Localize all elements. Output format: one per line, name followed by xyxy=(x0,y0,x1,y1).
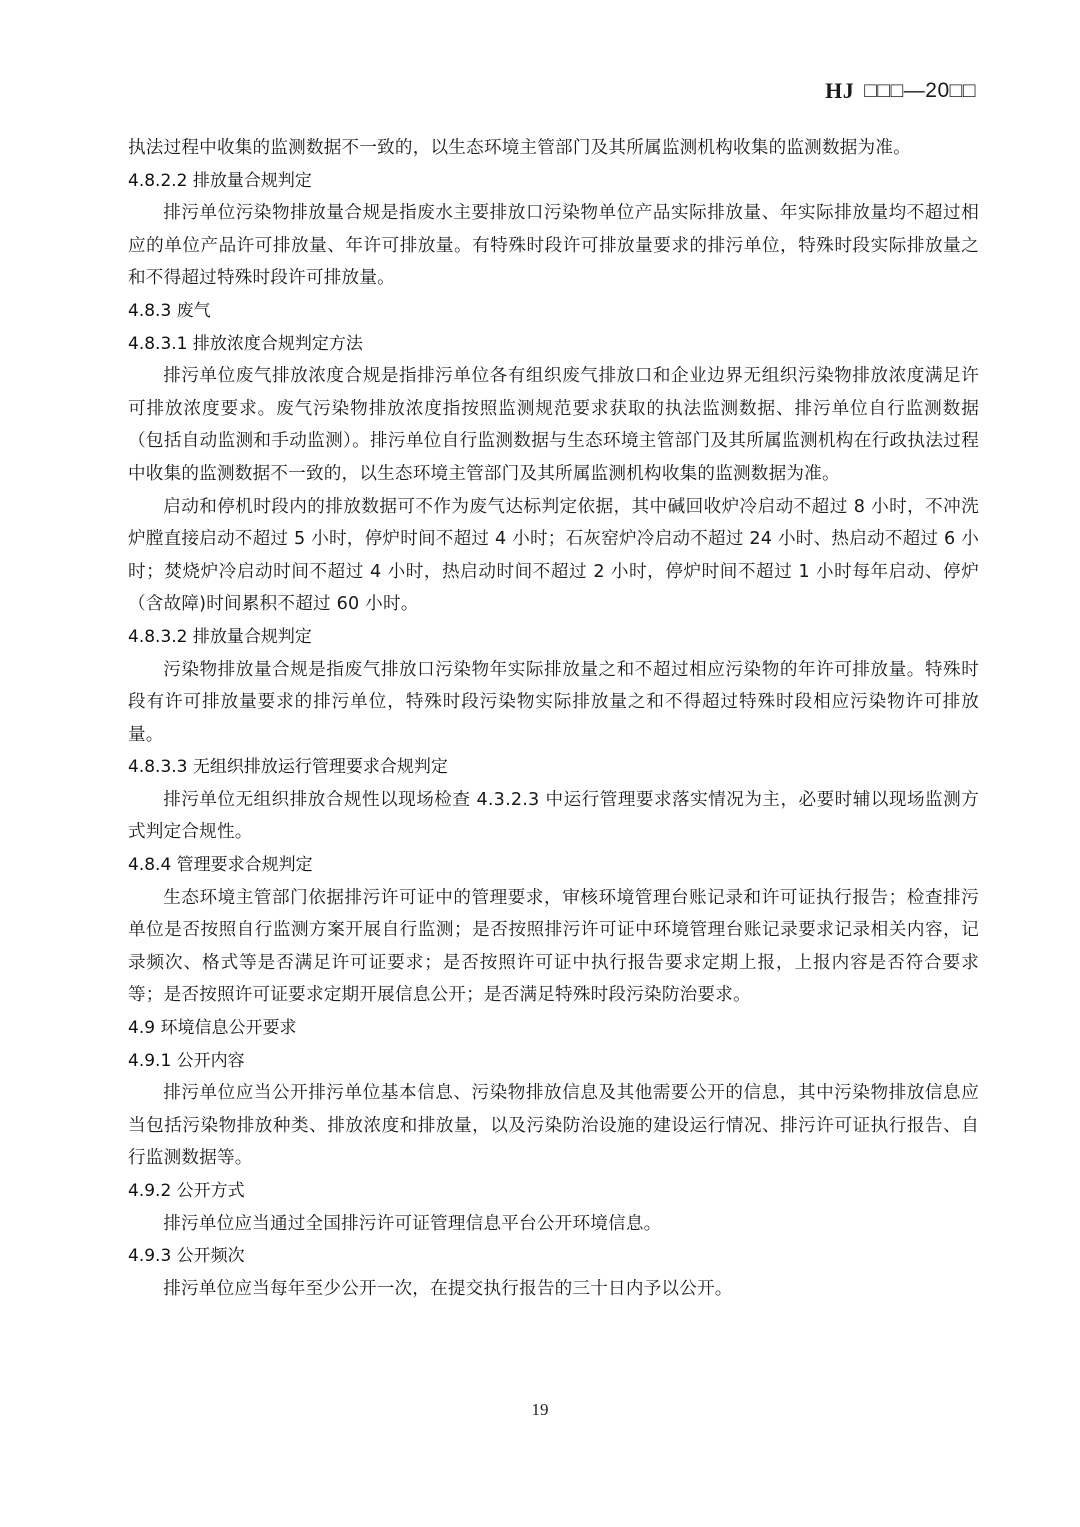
heading-4-8-3-3: 4.8.3.3 无组织排放运行管理要求合规判定 xyxy=(128,751,979,784)
paragraph-management-compliance: 生态环境主管部门依据排污许可证中的管理要求，审核环境管理台账记录和许可证执行报告… xyxy=(128,882,979,1012)
document-body: 执法过程中收集的监测数据不一致的，以生态环境主管部门及其所属监测机构收集的监测数… xyxy=(128,132,979,1305)
paragraph-continuation: 执法过程中收集的监测数据不一致的，以生态环境主管部门及其所属监测机构收集的监测数… xyxy=(128,132,979,165)
heading-4-8-2-2: 4.8.2.2 排放量合规判定 xyxy=(128,165,979,198)
paragraph-fugitive-emission-compliance: 排污单位无组织排放合规性以现场检查 4.3.2.3 中运行管理要求落实情况为主，… xyxy=(128,784,979,849)
page-number: 19 xyxy=(0,1400,1080,1420)
paragraph-exhaust-emission-compliance: 污染物排放量合规是指废气排放口污染物年实际排放量之和不超过相应污染物的年许可排放… xyxy=(128,654,979,752)
paragraph-disclosure-content: 排污单位应当公开排污单位基本信息、污染物排放信息及其他需要公开的信息，其中污染物… xyxy=(128,1077,979,1175)
paragraph-wastewater-emission-compliance: 排污单位污染物排放量合规是指废水主要排放口污染物单位产品实际排放量、年实际排放量… xyxy=(128,197,979,295)
heading-4-8-3-1: 4.8.3.1 排放浓度合规判定方法 xyxy=(128,328,979,361)
document-header: HJ □□□—20□□ xyxy=(825,78,976,104)
heading-4-8-4: 4.8.4 管理要求合规判定 xyxy=(128,849,979,882)
paragraph-startup-shutdown: 启动和停机时段内的排放数据可不作为废气达标判定依据，其中碱回收炉冷启动不超过 8… xyxy=(128,491,979,621)
standard-prefix: HJ xyxy=(825,78,854,104)
heading-4-9-3: 4.9.3 公开频次 xyxy=(128,1240,979,1273)
heading-4-9: 4.9 环境信息公开要求 xyxy=(128,1012,979,1045)
heading-4-9-2: 4.9.2 公开方式 xyxy=(128,1175,979,1208)
heading-4-8-3: 4.8.3 废气 xyxy=(128,295,979,328)
heading-4-9-1: 4.9.1 公开内容 xyxy=(128,1045,979,1078)
paragraph-exhaust-concentration-compliance: 排污单位废气排放浓度合规是指排污单位各有组织废气排放口和企业边界无组织污染物排放… xyxy=(128,360,979,490)
heading-4-8-3-2: 4.8.3.2 排放量合规判定 xyxy=(128,621,979,654)
paragraph-disclosure-method: 排污单位应当通过全国排污许可证管理信息平台公开环境信息。 xyxy=(128,1208,979,1241)
standard-code: □□□—20□□ xyxy=(864,79,976,103)
paragraph-disclosure-frequency: 排污单位应当每年至少公开一次，在提交执行报告的三十日内予以公开。 xyxy=(128,1273,979,1306)
